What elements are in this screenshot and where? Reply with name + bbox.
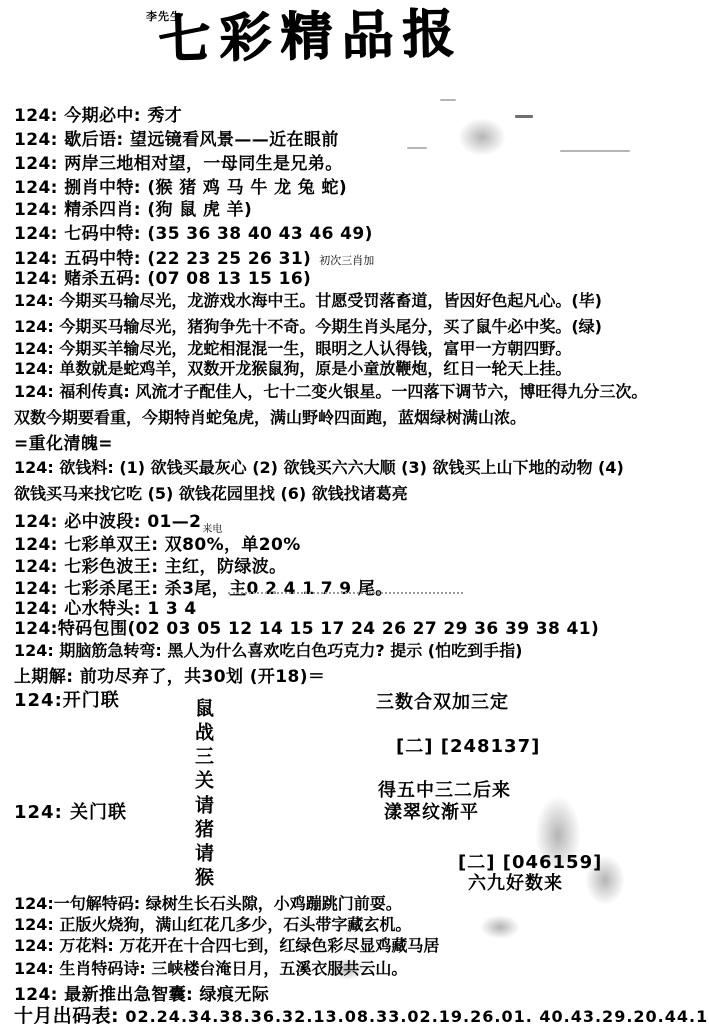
report-line: 124: 期脑筋急转弯: 黑人为什么喜欢吃白色巧克力? 提示 (怕吃到手指) xyxy=(14,638,522,661)
open-couplet-vertical: 鼠战三关 xyxy=(192,698,214,794)
report-line: 124: 万花料: 万花开在十合四七到，红绿色彩尽显鸡藏马居 xyxy=(14,933,439,956)
report-line: 124: 两岸三地相对望，一母同生是兄弟。 xyxy=(14,149,343,174)
scan-dash xyxy=(407,147,427,149)
scan-smudge xyxy=(330,958,364,980)
report-line: 124: 七码中特: (35 36 38 40 43 46 49) xyxy=(14,219,373,244)
scan-smudge xyxy=(535,795,581,875)
couplet-close-line: 漾翠纹渐平 xyxy=(384,798,479,824)
footer-numbers: 02.24.34.38.36.32.13.08.33.02.19.26.01. … xyxy=(125,1007,709,1024)
footer-label: 十月出码表: xyxy=(14,1005,119,1024)
report-line: 124: 欲钱料: (1) 欲钱买最灰心 (2) 欲钱买六六大顺 (3) 欲钱买… xyxy=(14,455,624,478)
open-couplet-label: 124:开门联 xyxy=(14,686,120,712)
scan-dash xyxy=(515,115,533,118)
report-line: 124: 单数就是蛇鸡羊，双数开龙猴鼠狗，原是小童放鞭炮，红日一轮天上挂。 xyxy=(14,356,571,379)
report-line: 124:一句解特码: 绿树生长石头隙，小鸡蹦跳门前耍。 xyxy=(14,891,402,914)
scan-smudge xyxy=(458,118,506,156)
couplet-heading: 三数合双加三定 xyxy=(376,688,509,714)
report-line: 124: 精杀四肖: (狗 鼠 虎 羊) xyxy=(14,195,252,220)
report-line: 124: 正版火烧狗，满山红花几多少，石头带字藏玄机。 xyxy=(14,912,411,935)
report-line: 上期解: 前功尽弃了，共30划 (开18)＝ xyxy=(14,662,325,687)
scan-smudge xyxy=(480,915,520,939)
couplet-end-line: 六九好数来 xyxy=(468,869,563,895)
report-line: 欲钱买马来找它吃 (5) 欲钱花园里找 (6) 欲钱找诸葛亮 xyxy=(14,481,408,504)
report-line: 双数今期要看重，今期特肖蛇兔虎，满山野岭四面跑，蓝烟绿树满山浓。 xyxy=(14,405,526,428)
close-couplet-vertical: 请猪请猴 xyxy=(192,795,214,891)
report-line: 124: 歇后语: 望远镜看风景——近在眼前 xyxy=(14,125,339,150)
couplet-code-1: [二] [248137] xyxy=(396,732,540,758)
page-title: 七彩精品报 xyxy=(157,0,464,72)
footer-line: 十月出码表: 02.24.34.38.36.32.13.08.33.02.19.… xyxy=(14,1001,709,1024)
report-line-text: 124: 必中波段: 01—2 xyxy=(14,512,201,532)
report-line: 124: 赌杀五码: (07 08 13 15 16) xyxy=(14,264,311,289)
line-annotation: 初次三肖加 xyxy=(319,254,374,267)
section-heading: =重化清魄= xyxy=(14,429,113,454)
dotted-line xyxy=(228,592,463,594)
report-line: 124: 今期必中: 秀才 xyxy=(14,101,182,126)
report-line: 124: 今期买马输尽光，猪狗争先十不奇。今期生肖头尾分，买了鼠牛必中奖。(绿) xyxy=(14,314,602,337)
scan-dash xyxy=(440,99,456,101)
close-couplet-label: 124: 关门联 xyxy=(14,798,127,824)
scan-smudge xyxy=(585,855,625,905)
report-line: 124: 福利传真: 风流才子配佳人，七十二变火银星。一四落下调节六，博旺得九分… xyxy=(14,379,647,402)
report-line: 124:特码包围(02 03 05 12 14 15 17 24 26 27 2… xyxy=(14,614,599,639)
report-line: 124: 今期买马输尽光，龙游戏水海中王。甘愿受罚落畜道，皆因好色起凡心。(毕) xyxy=(14,288,602,311)
scan-dash xyxy=(560,150,630,152)
report-page: 李先生 七彩精品报 124: 今期必中: 秀才 124: 歇后语: 望远镜看风景… xyxy=(0,0,709,1024)
